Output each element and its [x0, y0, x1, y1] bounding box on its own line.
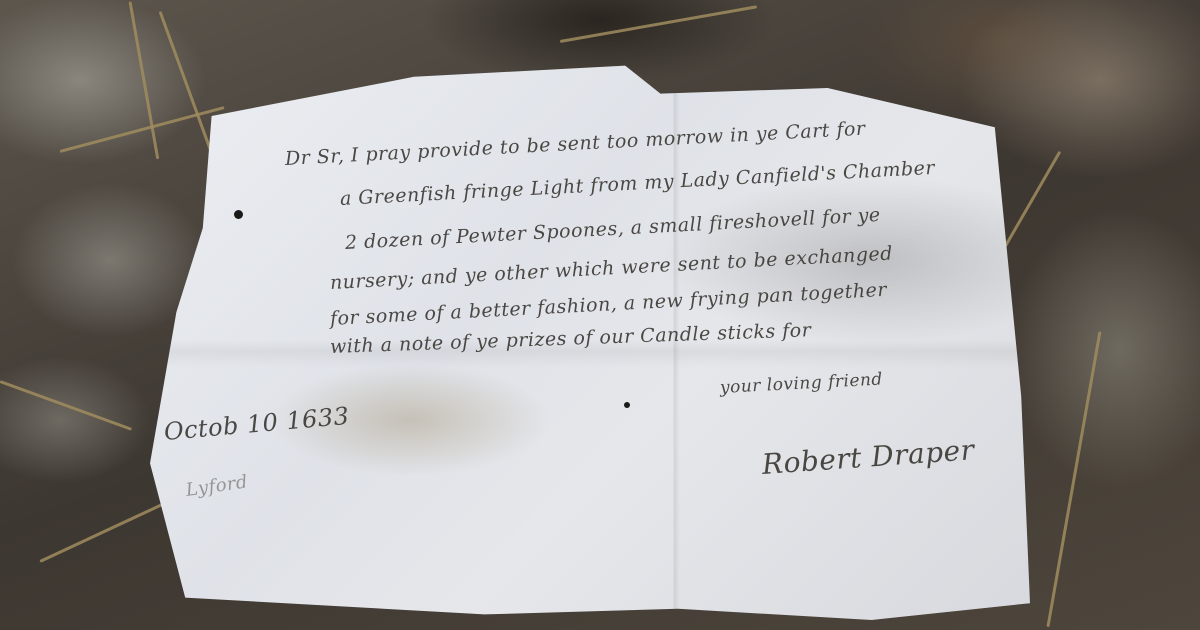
paper-hole — [234, 210, 243, 219]
straw — [560, 5, 757, 43]
letter-line: a Greenfish fringe Light from my Lady Ca… — [339, 157, 935, 210]
letter-signature: Robert Draper — [761, 433, 976, 481]
straw — [60, 106, 225, 153]
straw — [159, 11, 213, 153]
paper-hole — [624, 402, 630, 408]
letter-closing: your loving friend — [719, 369, 883, 398]
letter-line: Dr Sr, I pray provide to be sent too mor… — [284, 118, 866, 170]
handwritten-letter: Dr Sr, I pray provide to be sent too mor… — [150, 60, 1030, 620]
straw — [129, 1, 160, 159]
straw — [0, 380, 132, 431]
letter-place: Lyford — [185, 471, 250, 500]
straw — [1046, 331, 1101, 627]
letter-date: Octob 10 1633 — [163, 402, 351, 446]
